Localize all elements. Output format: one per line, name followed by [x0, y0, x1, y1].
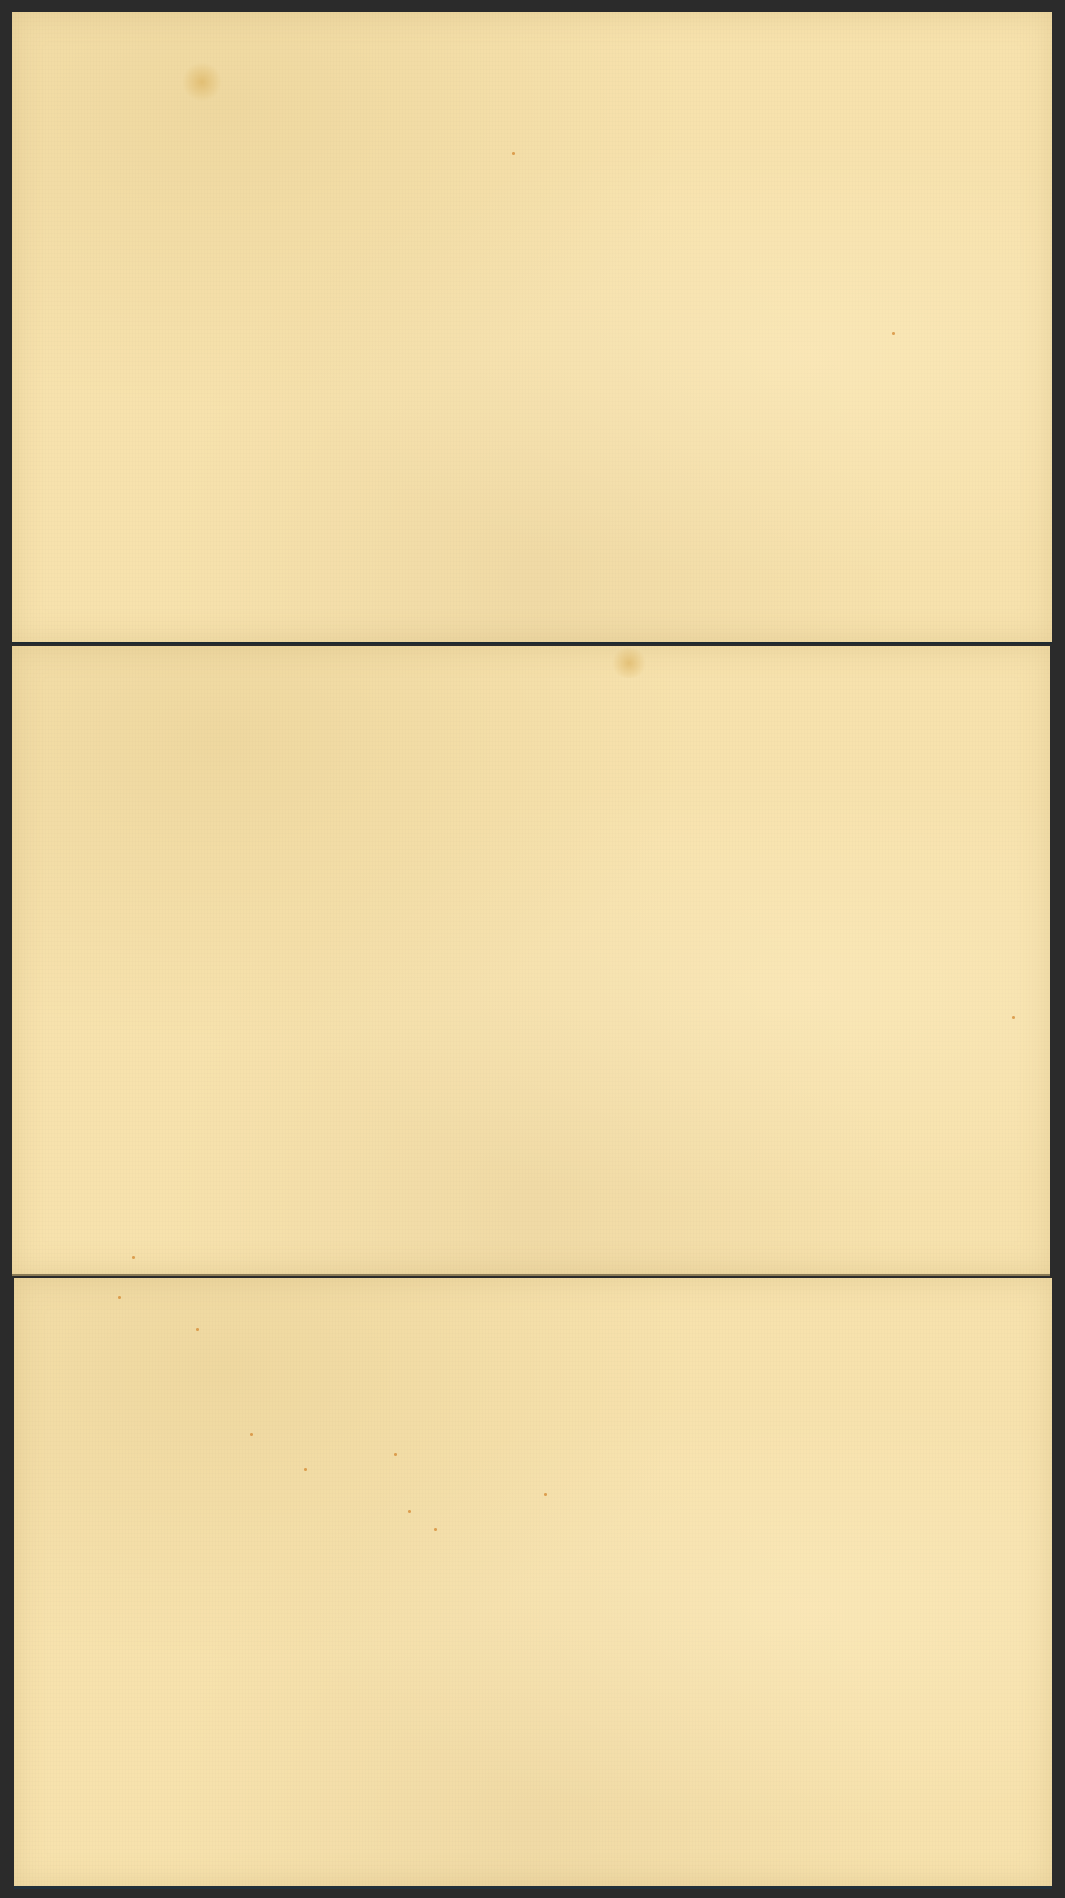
speck-mark: [196, 1328, 199, 1331]
speck-mark: [544, 1493, 547, 1496]
speck-mark: [434, 1528, 437, 1531]
paper-sheet-top: [12, 12, 1052, 644]
speck-mark: [118, 1296, 121, 1299]
paper-sheet-middle: [12, 646, 1050, 1276]
paper-sheet-bottom: [14, 1278, 1052, 1889]
speck-mark: [1012, 1016, 1015, 1019]
speck-mark: [512, 152, 515, 155]
stain-mark: [182, 62, 222, 102]
speck-mark: [394, 1453, 397, 1456]
speck-mark: [250, 1433, 253, 1436]
speck-mark: [132, 1256, 135, 1259]
speck-mark: [304, 1468, 307, 1471]
speck-mark: [408, 1510, 411, 1513]
speck-mark: [892, 332, 895, 335]
stain-mark: [610, 648, 648, 678]
